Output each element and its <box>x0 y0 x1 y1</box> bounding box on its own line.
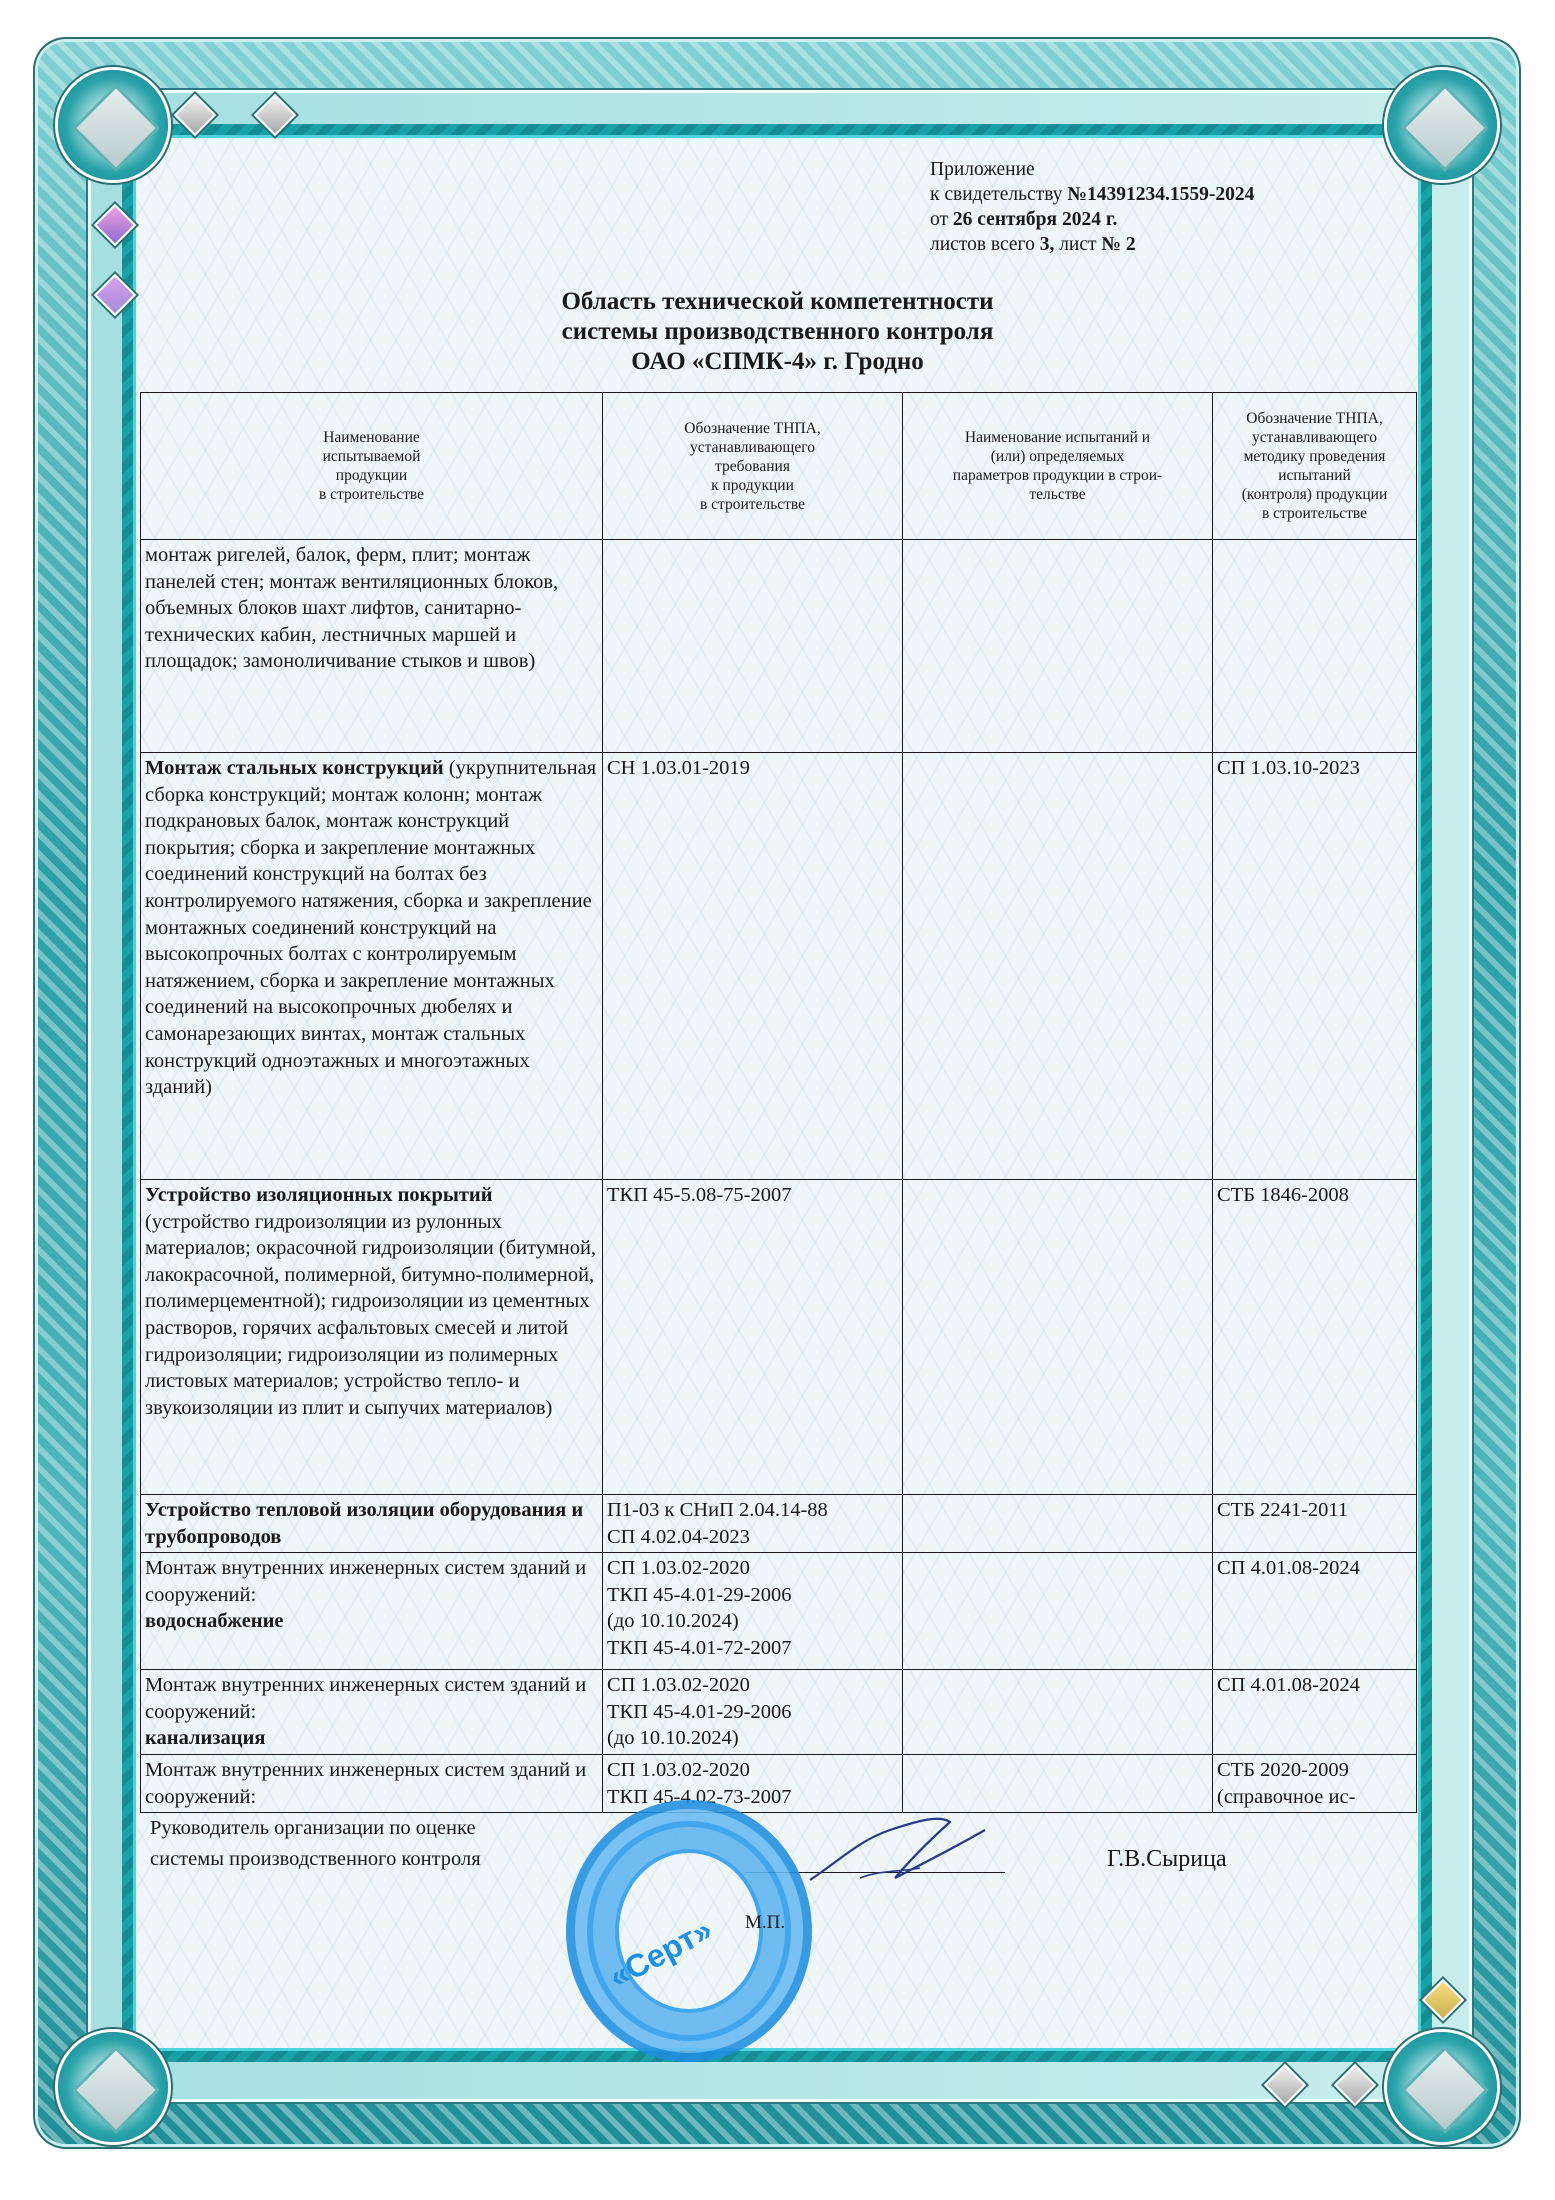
table-header-row: Наименование испытываемой продукции в ст… <box>141 393 1417 540</box>
certificate-number: №14391234.1559-2024 <box>1067 184 1254 205</box>
cell-requirements-standard: СП 1.03.02-2020 ТКП 45-4.01-29-2006 (до … <box>603 1670 903 1755</box>
document-title: Область технической компетентности систе… <box>0 287 1555 377</box>
cell-tests-parameters <box>903 1495 1213 1553</box>
appendix-label: Приложение <box>930 157 1254 182</box>
cell-tests-parameters <box>903 1670 1213 1755</box>
cell-test-method-standard: СТБ 1846-2008 <box>1213 1180 1417 1495</box>
header-tests-parameters: Наименование испытаний и (или) определяе… <box>903 393 1213 540</box>
cell-tests-parameters <box>903 1553 1213 1670</box>
competence-scope-table: Наименование испытываемой продукции в ст… <box>140 392 1417 1813</box>
sheet-info: листов всего 3, лист № 2 <box>930 232 1254 257</box>
cell-tests-parameters <box>903 753 1213 1180</box>
cell-tests-parameters <box>903 1180 1213 1495</box>
cell-product-name: Монтаж внутренних инженерных систем здан… <box>141 1755 603 1813</box>
signatory-name: Г.В.Сырица <box>1107 1846 1227 1873</box>
certificate-reference: к свидетельству №14391234.1559-2024 <box>930 182 1254 207</box>
seal-placeholder-label: М.П. <box>745 1912 785 1934</box>
cell-test-method-standard: СП 4.01.08-2024 <box>1213 1553 1417 1670</box>
cell-requirements-standard: П1-03 к СНиП 2.04.14-88 СП 4.02.04-2023 <box>603 1495 903 1553</box>
cell-product-name: Монтаж внутренних инженерных систем здан… <box>141 1670 603 1755</box>
signatory-role: Руководитель организации по оценке систе… <box>150 1813 481 1875</box>
appendix-reference: Приложение к свидетельству №14391234.155… <box>930 157 1254 257</box>
table-row: Монтаж внутренних инженерных систем здан… <box>141 1670 1417 1755</box>
cell-product-name: Монтаж внутренних инженерных систем здан… <box>141 1553 603 1670</box>
cell-test-method-standard: СТБ 2020-2009 (справочное ис- <box>1213 1755 1417 1813</box>
cell-requirements-standard: СП 1.03.02-2020 ТКП 45-4.02-73-2007 <box>603 1755 903 1813</box>
corner-ornament-icon <box>58 70 168 180</box>
cell-product-name: Устройство тепловой изоляции оборудовани… <box>141 1495 603 1553</box>
header-requirements-standard: Обозначение ТНПА, устанавливающего требо… <box>603 393 903 540</box>
header-product-name: Наименование испытываемой продукции в ст… <box>141 393 603 540</box>
table-row: монтаж ригелей, балок, ферм, плит; монта… <box>141 540 1417 753</box>
cell-requirements-standard: СН 1.03.01-2019 <box>603 753 903 1180</box>
table-row: Устройство тепловой изоляции оборудовани… <box>141 1495 1417 1553</box>
header-test-method-standard: Обозначение ТНПА, устанавливающего метод… <box>1213 393 1417 540</box>
table-row: Монтаж стальных конструкций (укрупнитель… <box>141 753 1417 1180</box>
cell-test-method-standard <box>1213 540 1417 753</box>
cell-product-name: монтаж ригелей, балок, ферм, плит; монта… <box>141 540 603 753</box>
certificate-date: от 26 сентября 2024 г. <box>930 207 1254 232</box>
table-row: Устройство изоляционных покрытий (устрой… <box>141 1180 1417 1495</box>
cell-requirements-standard: ТКП 45-5.08-75-2007 <box>603 1180 903 1495</box>
cell-test-method-standard: СП 1.03.10-2023 <box>1213 753 1417 1180</box>
cell-test-method-standard: СТБ 2241-2011 <box>1213 1495 1417 1553</box>
handwritten-signature-icon <box>800 1810 1000 1890</box>
cell-requirements-standard: СП 1.03.02-2020 ТКП 45-4.01-29-2006 (до … <box>603 1553 903 1670</box>
cell-product-name: Устройство изоляционных покрытий (устрой… <box>141 1180 603 1495</box>
cell-tests-parameters <box>903 1755 1213 1813</box>
cell-requirements-standard <box>603 540 903 753</box>
cell-test-method-standard: СП 4.01.08-2024 <box>1213 1670 1417 1755</box>
cell-tests-parameters <box>903 540 1213 753</box>
table-row: Монтаж внутренних инженерных систем здан… <box>141 1755 1417 1813</box>
table-row: Монтаж внутренних инженерных систем здан… <box>141 1553 1417 1670</box>
corner-ornament-icon <box>58 2032 168 2142</box>
corner-ornament-icon <box>1387 70 1497 180</box>
cell-product-name: Монтаж стальных конструкций (укрупнитель… <box>141 753 603 1180</box>
corner-ornament-icon <box>1387 2032 1497 2142</box>
